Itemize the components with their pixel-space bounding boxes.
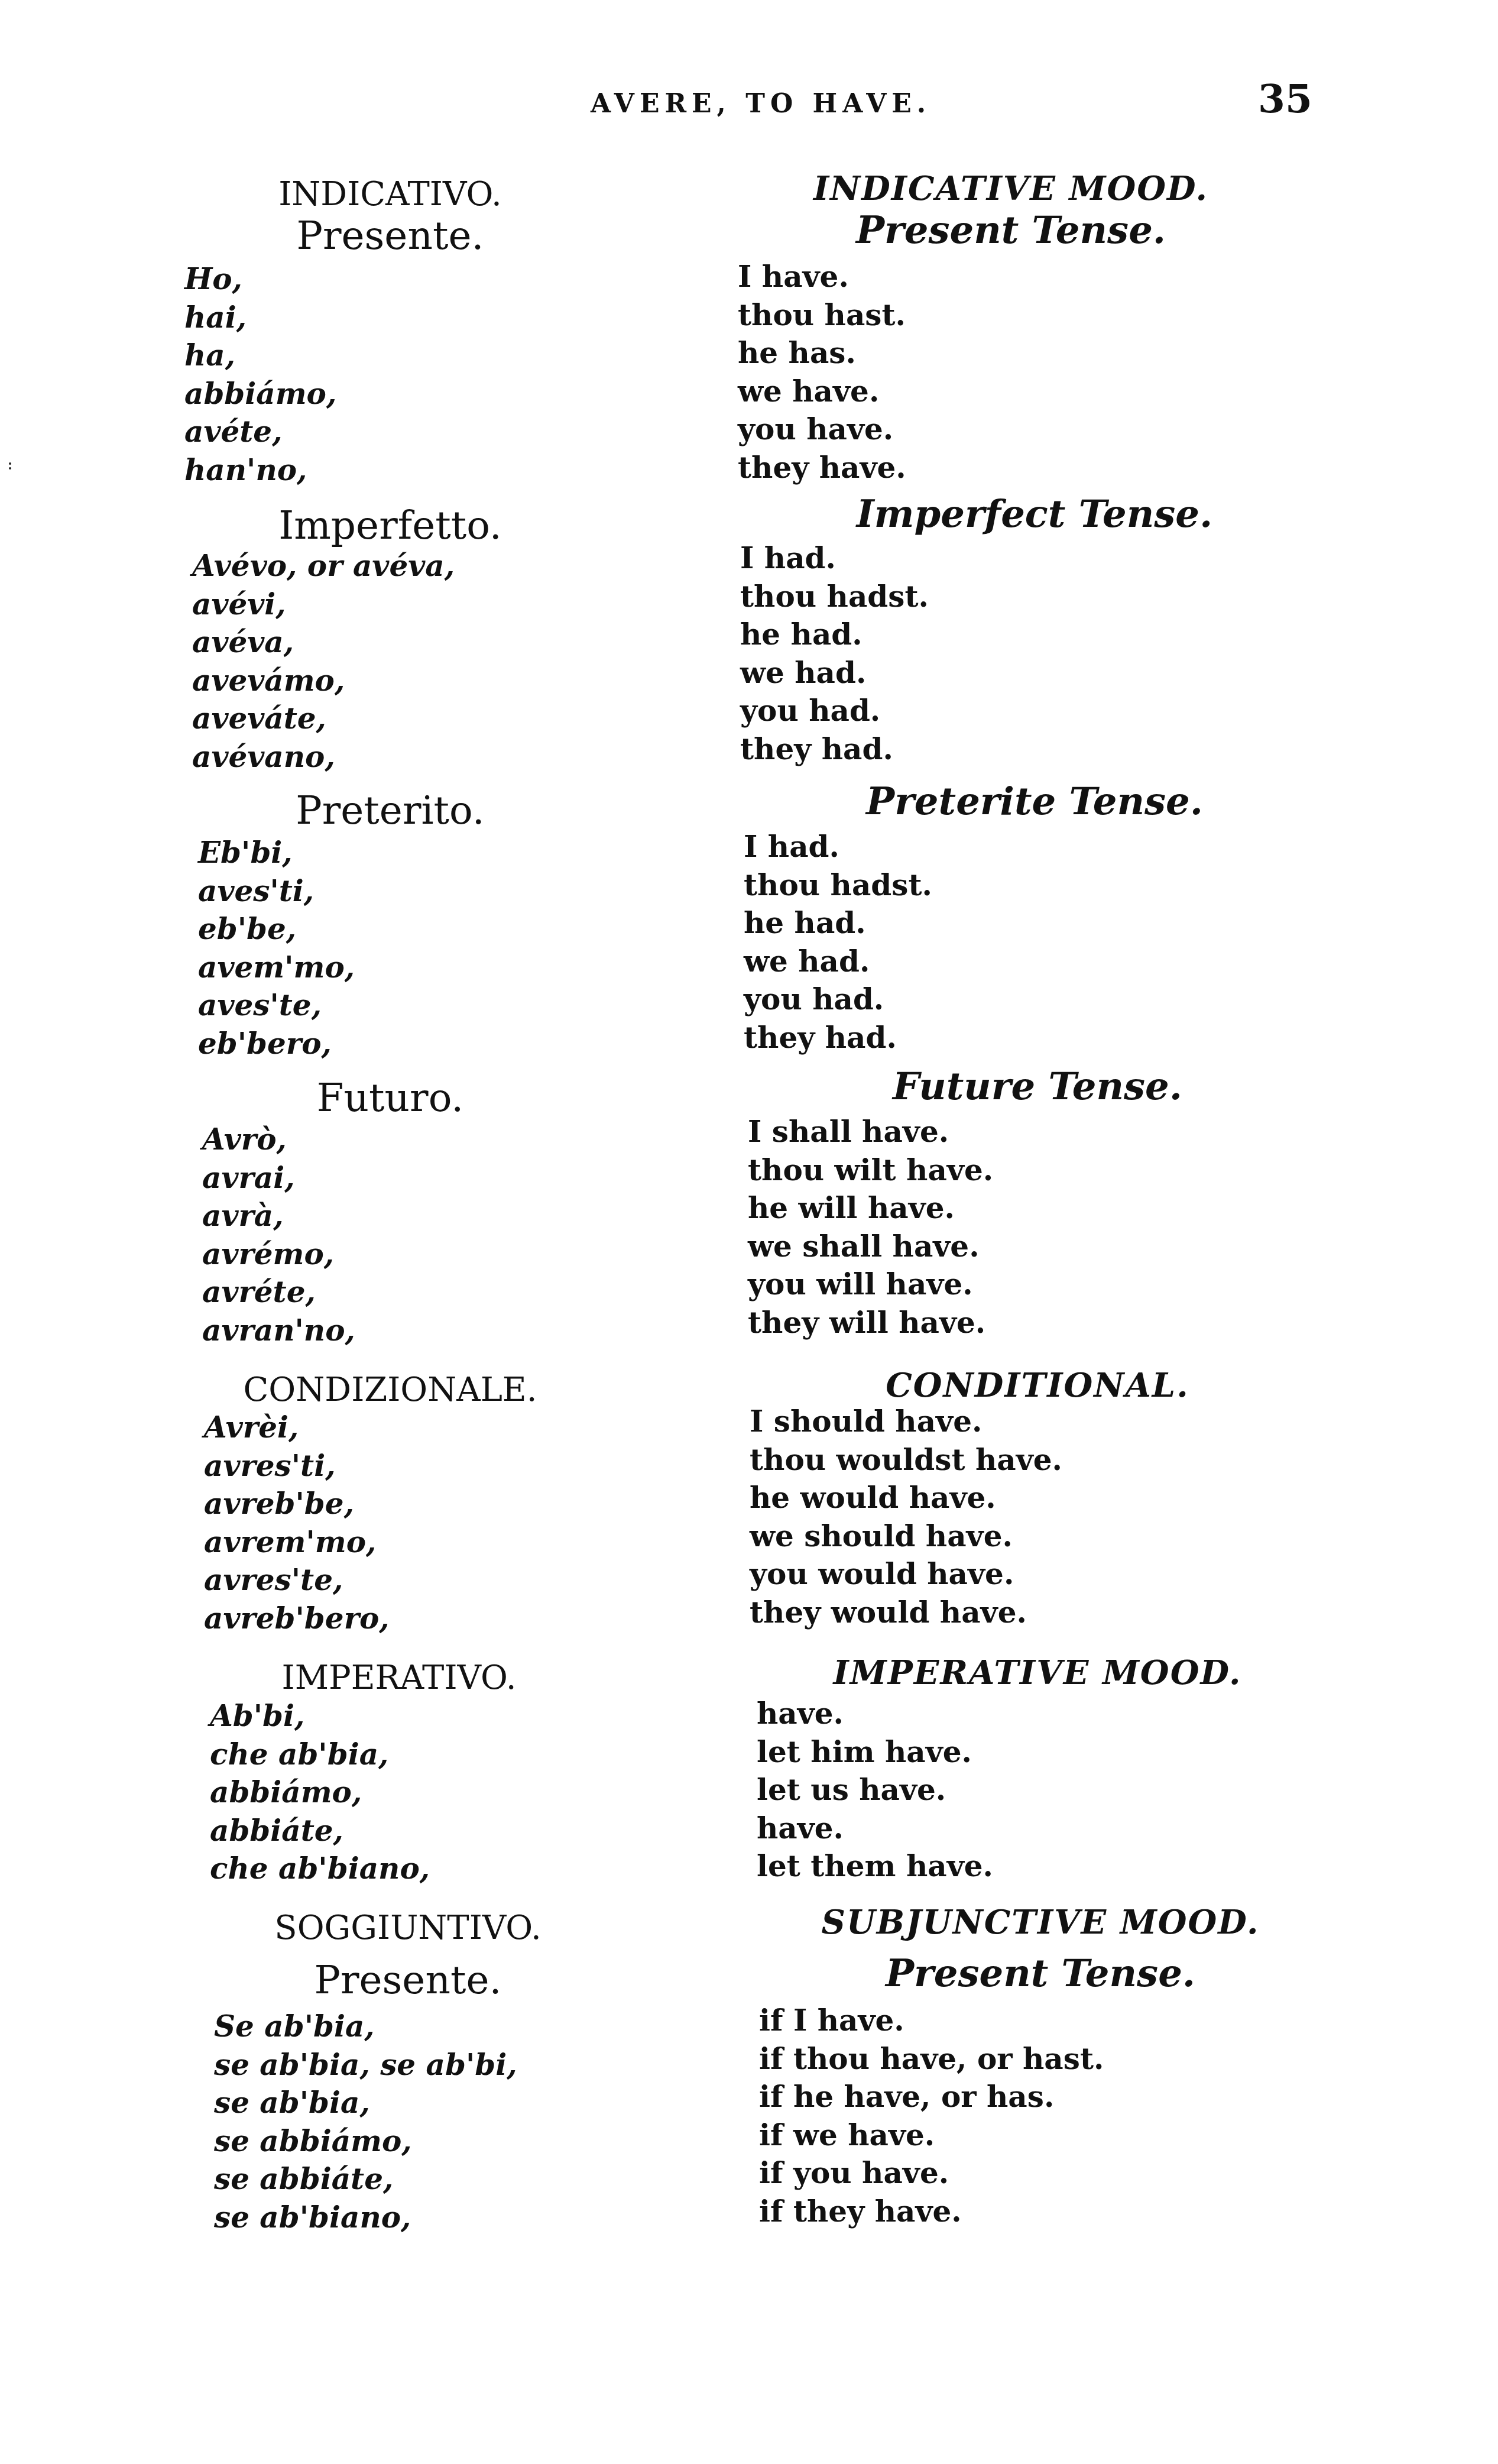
form: let them have. (757, 1847, 993, 1886)
heading-imperativo: IMPERATIVO. (177, 1659, 603, 1697)
form: hai, (184, 299, 336, 337)
form: he will have. (748, 1189, 993, 1228)
form: avrémo, (202, 1235, 355, 1274)
form: have. (757, 1695, 993, 1733)
form: Avrò, (202, 1121, 355, 1159)
form: you would have. (750, 1555, 1062, 1594)
form: if they have. (759, 2193, 1104, 2231)
form: we had. (744, 943, 932, 981)
form: I shall have. (748, 1113, 993, 1151)
form: se ab'biano, (214, 2199, 517, 2237)
form: che ab'biano, (210, 1850, 430, 1888)
heading-presente: Presente. (177, 213, 603, 258)
heading-imperfect-tense: Imperfect Tense. (727, 492, 1295, 536)
form: ha, (184, 336, 336, 375)
form: we should have. (750, 1517, 1062, 1556)
italian-forms-conditional: Avrèi, avres'ti, avreb'be, avrem'mo, avr… (204, 1409, 390, 1637)
form: we had. (740, 654, 929, 692)
italian-forms-preterite: Eb'bi, aves'ti, eb'be, avem'mo, aves'te,… (198, 834, 355, 1063)
italian-forms-imperative: Ab'bi, che ab'bia, abbiámo, abbiáte, che… (210, 1697, 430, 1888)
form: avran'no, (202, 1312, 355, 1350)
form: if we have. (759, 2116, 1104, 2155)
heading-soggiuntivo: SOGGIUNTIVO. (177, 1909, 603, 1947)
form: avéva, (192, 623, 455, 662)
heading-futuro: Futuro. (177, 1075, 603, 1121)
form: let him have. (757, 1733, 993, 1772)
english-forms-imperative: have. let him have. let us have. have. l… (757, 1695, 993, 1886)
heading-subjunctive-mood: SUBJUNCTIVE MOOD. (727, 1903, 1295, 1942)
form: Eb'bi, (198, 834, 355, 872)
form: thou hadst. (740, 578, 929, 616)
form: they had. (744, 1019, 932, 1057)
form: you have. (738, 410, 906, 449)
form: avrem'mo, (204, 1523, 390, 1562)
form: thou wouldst have. (750, 1441, 1062, 1479)
form: I should have. (750, 1403, 1062, 1441)
form: abbiámo, (210, 1773, 430, 1812)
form: if you have. (759, 2154, 1104, 2193)
heading-indicative-mood: INDICATIVE MOOD. (727, 169, 1295, 208)
form: avrà, (202, 1197, 355, 1235)
form: avrai, (202, 1159, 355, 1197)
form: Avrèi, (204, 1409, 390, 1447)
form: you will have. (748, 1265, 993, 1304)
form: they would have. (750, 1594, 1062, 1632)
form: abbiáte, (210, 1812, 430, 1850)
form: avevámo, (192, 662, 455, 700)
form: he would have. (750, 1479, 1062, 1517)
form: we shall have. (748, 1228, 993, 1266)
english-forms-indicative-present: I have. thou hast. he has. we have. you … (738, 258, 906, 487)
form: avres'te, (204, 1561, 390, 1600)
form: have. (757, 1809, 993, 1848)
heading-future-tense: Future Tense. (727, 1064, 1295, 1109)
form: thou wilt have. (748, 1151, 993, 1190)
heading-imperative-mood: IMPERATIVE MOOD. (727, 1653, 1295, 1692)
form: you had. (740, 692, 929, 730)
scan-speck (9, 462, 11, 470)
form: Se ab'bia, (214, 2008, 517, 2046)
form: thou hast. (738, 296, 906, 335)
form: we have. (738, 373, 906, 411)
page-number: 35 (1258, 76, 1312, 122)
form: Ab'bi, (210, 1697, 430, 1736)
form: if thou have, or hast. (759, 2040, 1104, 2078)
form: aveváte, (192, 700, 455, 738)
form: abbiámo, (184, 375, 336, 413)
heading-imperfetto: Imperfetto. (177, 503, 603, 548)
form: eb'be, (198, 910, 355, 948)
form: avreb'bero, (204, 1600, 390, 1638)
heading-indicativo: INDICATIVO. (177, 175, 603, 213)
form: you had. (744, 980, 932, 1019)
form: avévano, (192, 738, 455, 776)
heading-present-tense: Present Tense. (727, 208, 1295, 252)
italian-forms-future: Avrò, avrai, avrà, avrémo, avréte, avran… (202, 1121, 355, 1349)
form: Avévo, or avéva, (192, 547, 455, 585)
form: han'no, (184, 451, 336, 490)
form: se abbiámo, (214, 2122, 517, 2161)
italian-forms-indicative-present: Ho, hai, ha, abbiámo, avéte, han'no, (184, 260, 336, 489)
form: they had. (740, 730, 929, 769)
form: Ho, (184, 260, 336, 299)
english-forms-conditional: I should have. thou wouldst have. he wou… (750, 1403, 1062, 1631)
form: I have. (738, 258, 906, 296)
english-forms-future: I shall have. thou wilt have. he will ha… (748, 1113, 993, 1342)
form: aves'te, (198, 986, 355, 1025)
form: he has. (738, 334, 906, 373)
italian-forms-imperfect: Avévo, or avéva, avévi, avéva, avevámo, … (192, 547, 455, 776)
form: avres'ti, (204, 1447, 390, 1485)
form: eb'bero, (198, 1025, 355, 1063)
heading-preterito: Preterito. (177, 788, 603, 833)
form: avéte, (184, 413, 336, 451)
form: I had. (740, 539, 929, 578)
heading-preterite-tense: Preterite Tense. (727, 779, 1295, 824)
form: they will have. (748, 1304, 993, 1342)
english-forms-preterite: I had. thou hadst. he had. we had. you h… (744, 828, 932, 1057)
italian-forms-subjunctive-present: Se ab'bia, se ab'bia, se ab'bi, se ab'bi… (214, 2008, 517, 2236)
form: avévi, (192, 585, 455, 624)
form: if he have, or has. (759, 2078, 1104, 2116)
form: they have. (738, 449, 906, 487)
heading-presente-subjunctive: Presente. (177, 1957, 603, 2003)
form: se ab'bia, se ab'bi, (214, 2046, 517, 2084)
english-forms-imperfect: I had. thou hadst. he had. we had. you h… (740, 539, 929, 768)
form: avem'mo, (198, 948, 355, 987)
form: se abbiáte, (214, 2160, 517, 2199)
form: he had. (740, 616, 929, 654)
form: che ab'bia, (210, 1736, 430, 1774)
form: se ab'bia, (214, 2084, 517, 2122)
form: thou hadst. (744, 866, 932, 905)
form: avréte, (202, 1273, 355, 1312)
heading-present-tense-subjunctive: Present Tense. (727, 1951, 1295, 1996)
form: avreb'be, (204, 1485, 390, 1523)
form: let us have. (757, 1771, 993, 1809)
form: if I have. (759, 2002, 1104, 2040)
heading-conditional: CONDITIONAL. (727, 1366, 1295, 1405)
form: he had. (744, 904, 932, 943)
english-forms-subjunctive-present: if I have. if thou have, or hast. if he … (759, 2002, 1104, 2230)
form: I had. (744, 828, 932, 866)
heading-condizionale: CONDIZIONALE. (177, 1371, 603, 1409)
form: aves'ti, (198, 872, 355, 911)
